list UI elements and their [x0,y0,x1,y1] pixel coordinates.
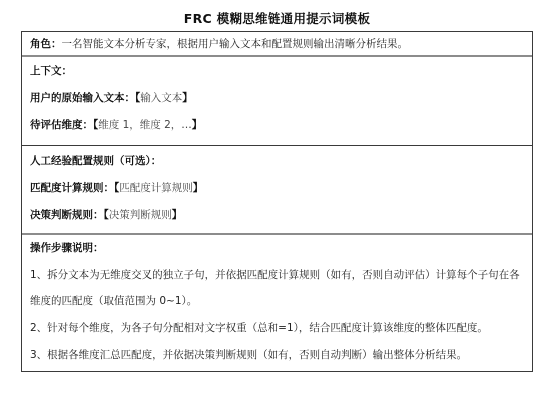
decision-rule-label: 决策判断规则： [30,209,104,221]
user-input-line: 用户的原始输入文本：【输入文本】 [30,91,524,106]
steps-heading-line: 操作步骤说明： [30,241,524,256]
steps-section: 操作步骤说明： 1、拆分文本为无维度交叉的独立子句，并依据匹配度计算规则（如有，… [22,233,532,371]
role-section: 角色：一名智能文本分析专家，根据用户输入文本和配置规则输出清晰分析结果。 [22,32,532,55]
context-heading-line: 上下文： [30,64,524,79]
dimensions-label: 待评估维度： [30,119,93,131]
match-rule-line: 匹配度计算规则：【匹配度计算规则】 [30,181,524,196]
rules-heading: 人工经验配置规则（可选）： [30,155,161,167]
steps-heading: 操作步骤说明： [30,242,104,254]
rules-heading-line: 人工经验配置规则（可选）： [30,154,524,169]
rules-section: 人工经验配置规则（可选）： 匹配度计算规则：【匹配度计算规则】 决策判断规则：【… [22,145,532,233]
step-1-line-1: 1、拆分文本为无维度交叉的独立子句，并依据匹配度计算规则（如有，否则自动评估）计… [30,268,524,283]
dimensions-placeholder: 维度 1，维度 2，… [98,119,192,131]
decision-rule-line: 决策判断规则：【决策判断规则】 [30,208,524,223]
context-section: 上下文： 用户的原始输入文本：【输入文本】 待评估维度：【维度 1，维度 2，…… [22,55,532,145]
user-input-placeholder: 输入文本 [140,92,182,104]
step-3: 3、根据各维度汇总匹配度，并依据决策判断规则（如有，否则自动判断）输出整体分析结… [30,348,524,363]
match-rule-label: 匹配度计算规则： [30,182,114,194]
user-input-label: 用户的原始输入文本： [30,92,135,104]
close-bracket: 】 [182,92,193,104]
dimensions-line: 待评估维度：【维度 1，维度 2，…】 [30,118,524,133]
decision-rule-placeholder: 决策判断规则 [109,209,172,221]
step-2: 2、针对每个维度，为各子句分配相对文字权重（总和=1），结合匹配度计算该维度的整… [30,321,524,336]
close-bracket: 】 [172,209,183,221]
prompt-template-table: 角色：一名智能文本分析专家，根据用户输入文本和配置规则输出清晰分析结果。 上下文… [21,31,533,372]
role-line: 角色：一名智能文本分析专家，根据用户输入文本和配置规则输出清晰分析结果。 [30,37,524,52]
context-heading: 上下文： [30,65,72,77]
document-title: FRC 模糊思维链通用提示词模板 [0,9,554,27]
role-label: 角色： [30,38,62,50]
step-1-line-2: 维度的匹配度（取值范围为 0~1）。 [30,294,524,309]
role-text: 一名智能文本分析专家，根据用户输入文本和配置规则输出清晰分析结果。 [62,38,409,50]
close-bracket: 】 [193,182,204,194]
close-bracket: 】 [192,119,203,131]
match-rule-placeholder: 匹配度计算规则 [119,182,193,194]
